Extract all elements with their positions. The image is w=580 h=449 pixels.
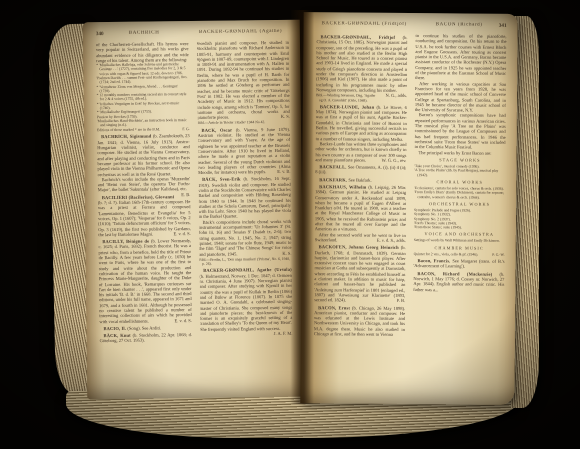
open-book-photo: 340 BACHRICH BACKER-GRØNDAHL (Agathe) of… (0, 0, 580, 449)
text-block: ORCHESTRAL WORKS (414, 202, 505, 208)
contributor-initials: P. B. (390, 298, 405, 303)
entry-headword: BACKOFEN, Johann Georg Heinrich (319, 244, 401, 250)
dictionary-entry: BACON, Ernst (b. Chicago, 26 May 1898). … (314, 305, 405, 338)
gutter-shadow (290, 10, 314, 404)
text-block: CHAMBER MUSIC (414, 246, 505, 252)
text-block: 'Musikalisches Hand-Büchlein', an instru… (97, 118, 190, 128)
dictionary-entry: BÄCK, Sven-Erik (b. Stockholm, 16 Sept. … (198, 176, 291, 220)
entry-headword: BACON, Richard (Mackenzie) (417, 271, 499, 277)
text-block: STAGE WORKS (414, 158, 505, 164)
text-block: The principal works by Ernst Bacon are: (414, 150, 505, 156)
entry-headword: BACK, Oscar (202, 127, 236, 132)
text-block: Bacon's symphonic compositions have had … (415, 113, 506, 151)
text-block: Editions of those marked * are in the B.… (97, 127, 190, 132)
dictionary-entry: BACKOFEN, Johann Georg Heinrich (b. Durl… (314, 244, 406, 303)
entry-headword: BACKFARK. (319, 177, 348, 182)
text-block: Bachrich's works include the operas 'Muz… (98, 176, 191, 193)
left-page-number: 340 (96, 31, 104, 37)
right-page-column-2: to continue his studies of the pianofort… (412, 33, 506, 393)
text-block: Swedish pianist and composer. He studied… (196, 40, 289, 121)
right-page-content: BACKER-GRØNDAHL (Fridtjof) BACON (Richar… (300, 12, 517, 405)
contributor-initials: E. v. d. S., adds. (370, 238, 406, 244)
contributor-initials: W. G. G., rev. (375, 157, 407, 163)
text-block: Bäck's compositions include choral works… (199, 219, 292, 257)
left-page-column-2: Swedish pianist and composer. He studied… (196, 40, 293, 386)
text-block: After the second world war he went to li… (315, 232, 406, 243)
text-block: 'A Tree on the Plains' (lib. by Paul Hor… (414, 168, 505, 177)
text-block: * 'Musikalisches Halleluja, oder Schöne … (96, 62, 189, 76)
left-head-col2: BACKER-GRØNDAHL (Agathe) (192, 29, 289, 41)
contributor-initials: F. G. (179, 127, 189, 131)
entry-headword: BACON, Ernst (318, 305, 352, 310)
dictionary-entry: Bacon, Francis. See Margaret (trans. of … (413, 258, 504, 269)
dictionary-entry: BACILLY, Bénigne de (b. Lower Normandy, … (98, 238, 192, 324)
left-page-columns: of the Chorherren-Gesellschaft. His hymn… (96, 40, 293, 387)
dictionary-entry: BÄCK, Knut (b. Stockholm, 22 Apr. 1868; … (100, 332, 193, 344)
entry-headword: BACKER-LUNDE, Johan (320, 104, 377, 109)
dictionary-entry: BACKFALL. See Ornaments, A. (i), (ii) 4 … (315, 164, 406, 175)
contributor-initials: E. B. (174, 192, 190, 197)
contributor-initials: E. v. d. S. (167, 318, 191, 324)
entry-headword: BACKHAUS, Wilhelm (319, 184, 368, 189)
text-block: VOICE AND ORCHESTRA (414, 232, 505, 238)
dictionary-entry: BACKER-GRØNDAHL, Fridtjof (b. Christiani… (316, 34, 408, 93)
dictionary-entry: BACHRICH, Sigismund (b. Zsambokreth, 23 … (97, 134, 190, 178)
text-block: Backer-Lunde has written three symphonie… (315, 141, 406, 163)
text-block: Quintet for 2 vns., viola, cello & pf. (… (414, 252, 505, 257)
left-head-col1: BACHRICH (96, 30, 193, 42)
text-block: CHORAL WORKS (414, 180, 505, 186)
entry-headword: BACILLY, Bénigne de (102, 239, 151, 245)
right-head-col2: BACON (Richard) (412, 22, 507, 34)
right-page: BACKER-GRØNDAHL (Fridtjof) BACON (Richar… (300, 12, 517, 405)
contributor-initials: P. G.-W. (492, 253, 504, 257)
right-page-columns: BACKER-GRØNDAHL, Fridtjof (b. Christiani… (313, 32, 506, 393)
dictionary-entry: BACKFARK. See Bakfark. (315, 177, 406, 183)
text-block: 'From Emily's Diary' (Emily Dickinson), … (414, 190, 505, 199)
dictionary-entry: BACK, Oscar (b. Vienna, 9 June 1879). Au… (198, 127, 291, 176)
dictionary-entry: BACKER-GRØNDAHL, Agathe (Ursula) (b. Hol… (199, 267, 292, 332)
right-running-head: BACKER-GRØNDAHL (Fridtjof) BACON (Richar… (317, 21, 507, 34)
dictionary-entry: BACKER-LUNDE, Johan (b. Le Havre, 6 May … (316, 104, 407, 142)
entry-headword: BACIO, Il. (103, 326, 127, 331)
left-page-column-1: of the Chorherren-Gesellschaft. His hymn… (96, 41, 193, 387)
left-page-content: 340 BACHRICH BACKER-GRØNDAHL (Agathe) of… (83, 20, 305, 400)
dictionary-entry: BACON, Richard (Mackenzie) (b. Norwich, … (413, 271, 504, 293)
left-running-head: 340 BACHRICH BACKER-GRØNDAHL (Agathe) (96, 29, 289, 42)
right-head-col1: BACKER-GRØNDAHL (Fridtjof) (317, 21, 412, 33)
entry-headword: BACKFALL. (319, 164, 348, 169)
entry-headword: BACKER-GRØNDAHL, Fridtjof (320, 34, 402, 40)
contributor-initials: K. S. (278, 114, 290, 119)
entry-headword: BÄCK, Sven-Erik (202, 177, 243, 183)
right-page-number: 341 (499, 23, 507, 29)
contributor-initials: J. A. F. M. (267, 331, 293, 337)
left-page: 340 BACHRICH BACKER-GRØNDAHL (Agathe) of… (83, 20, 305, 400)
right-page-column-1: BACKER-GRØNDAHL, Fridtjof (b. Christiani… (313, 32, 407, 392)
entry-headword: BÄCK, Knut (104, 333, 133, 338)
text-block: After working in various capacities at S… (415, 81, 506, 114)
dictionary-entry: BACILIERI (Bacilerius), Giovanni (b. ?; … (98, 194, 191, 238)
entry-headword: BACKER-GRØNDAHL, Agathe (Ursula) (203, 267, 292, 273)
text-block: of the Chorherren-Gesellschaft. His hymn… (96, 41, 189, 63)
contributor-initials: N. G., adds. (378, 93, 407, 99)
entry-headword: BACILIERI (Bacilerius), Giovanni (102, 194, 174, 200)
dictionary-entry: BACKHAUS, Wilhelm (b. Leipzig, 26 Mar. 1… (315, 184, 406, 232)
text-block: Bibl.—Article in 'Röster i Radio' 1944 N… (197, 120, 290, 125)
contributor-initials: E. v. d. S. (166, 231, 190, 237)
dictionary-entry: BACIO, Il. (Song). See Arditi. (99, 325, 192, 331)
text-block: Bibl.—Brodin, L., 'Den unga musiken' ('P… (199, 257, 292, 267)
contributor-initials: E. v. B. (270, 169, 290, 175)
entry-headword: Bacon, Francis. (418, 258, 453, 263)
text-block: to continue his studies of the pianofort… (415, 33, 506, 81)
text-block: 'From these States', suite (1945). (414, 225, 505, 230)
text-block: Settings of words by Walt Whitman and Em… (414, 239, 505, 244)
entry-headword: BACHRICH, Sigismund (101, 134, 153, 140)
